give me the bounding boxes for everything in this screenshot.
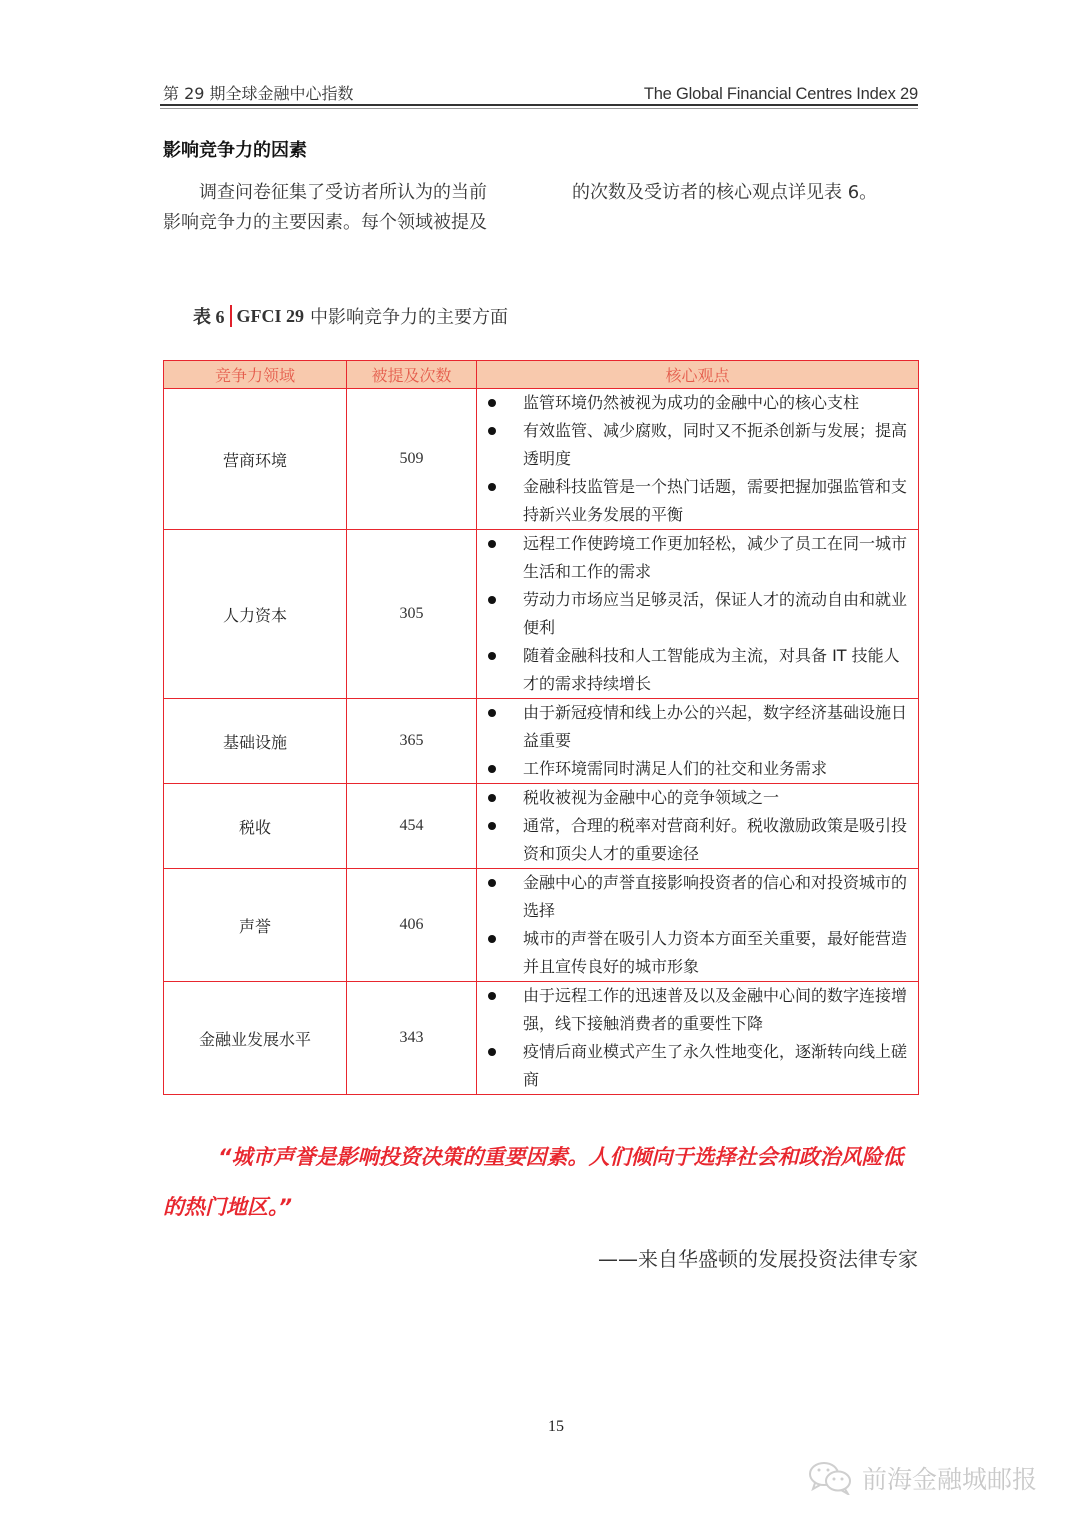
pull-quote: “城市声誉是影响投资决策的重要因素。人们倾向于选择社会和政治风险低 的热门地区。… bbox=[163, 1132, 923, 1232]
bullet-icon bbox=[488, 652, 496, 660]
wechat-icon bbox=[808, 1461, 854, 1495]
list-item: 由于新冠疫情和线上办公的兴起，数字经济基础设施日益重要 bbox=[477, 699, 910, 755]
list-item: 由于远程工作的迅速普及以及金融中心间的数字连接增强，线下接触消费者的重要性下降 bbox=[477, 982, 910, 1038]
points-cell: 金融中心的声誉直接影响投资者的信心和对投资城市的选择 城市的声誉在吸引人力资本方… bbox=[477, 869, 919, 982]
quote-line-2: 的热门地区。” bbox=[163, 1182, 923, 1232]
header-left-title: 第 29 期全球金融中心指数 bbox=[163, 81, 354, 104]
bullet-icon bbox=[488, 822, 496, 830]
list-item: 工作环境需同时满足人们的社交和业务需求 bbox=[477, 755, 910, 783]
bullet-icon bbox=[488, 765, 496, 773]
bullet-icon bbox=[488, 794, 496, 802]
bullet-icon bbox=[488, 935, 496, 943]
watermark: 前海金融城邮报 bbox=[808, 1460, 1037, 1496]
domain-cell: 税收 bbox=[164, 784, 347, 869]
list-item: 有效监管、减少腐败，同时又不扼杀创新与发展；提高透明度 bbox=[477, 417, 910, 473]
list-item: 金融中心的声誉直接影响投资者的信心和对投资城市的选择 bbox=[477, 869, 910, 925]
column-header-domain: 竞争力领域 bbox=[164, 361, 347, 389]
intro-paragraph-right: 的次数及受访者的核心观点详见表 6。 bbox=[572, 178, 932, 208]
header-rule-thin bbox=[160, 108, 918, 109]
count-cell: 509 bbox=[347, 389, 477, 530]
section-title: 影响竞争力的因素 bbox=[163, 136, 307, 162]
list-item: 远程工作使跨境工作更加轻松，减少了员工在同一城市生活和工作的需求 bbox=[477, 530, 910, 586]
points-cell: 由于新冠疫情和线上办公的兴起，数字经济基础设施日益重要 工作环境需同时满足人们的… bbox=[477, 699, 919, 784]
bullet-icon bbox=[488, 540, 496, 548]
domain-cell: 人力资本 bbox=[164, 530, 347, 699]
count-cell: 406 bbox=[347, 869, 477, 982]
header-right-title: The Global Financial Centres Index 29 bbox=[644, 85, 918, 104]
page-number: 15 bbox=[0, 1418, 1080, 1436]
quote-attribution: ——来自华盛顿的发展投资法律专家 bbox=[598, 1243, 918, 1272]
list-item: 通常，合理的税率对营商利好。税收激励政策是吸引投资和顶尖人才的重要途径 bbox=[477, 812, 910, 868]
intro-paragraph-left: 调查问卷征集了受访者所认为的当前 影响竞争力的主要因素。每个领域被提及 bbox=[163, 178, 523, 238]
domain-cell: 声誉 bbox=[164, 869, 347, 982]
list-item: 疫情后商业模式产生了永久性地变化，逐渐转向线上磋商 bbox=[477, 1038, 910, 1094]
bullet-icon bbox=[488, 427, 496, 435]
list-item: 监管环境仍然被视为成功的金融中心的核心支柱 bbox=[477, 389, 910, 417]
table-row: 金融业发展水平 343 由于远程工作的迅速普及以及金融中心间的数字连接增强，线下… bbox=[164, 982, 919, 1095]
list-item: 随着金融科技和人工智能成为主流，对具备 IT 技能人才的需求持续增长 bbox=[477, 642, 910, 698]
bullet-icon bbox=[488, 483, 496, 491]
bullet-icon bbox=[488, 399, 496, 407]
table-header-row: 竞争力领域 被提及次数 核心观点 bbox=[164, 361, 919, 389]
list-item: 劳动力市场应当足够灵活，保证人才的流动自由和就业便利 bbox=[477, 586, 910, 642]
watermark-text: 前海金融城邮报 bbox=[862, 1460, 1037, 1496]
table-caption-number: 表 6 bbox=[193, 303, 225, 329]
domain-cell: 基础设施 bbox=[164, 699, 347, 784]
list-item: 金融科技监管是一个热门话题，需要把握加强监管和支持新兴业务发展的平衡 bbox=[477, 473, 910, 529]
count-cell: 305 bbox=[347, 530, 477, 699]
bullet-icon bbox=[488, 992, 496, 1000]
table-caption: 表 6 GFCI 29 中影响竞争力的主要方面 bbox=[193, 303, 508, 329]
table-caption-gfci: GFCI 29 bbox=[237, 306, 305, 327]
caption-divider bbox=[230, 305, 232, 327]
table-row: 基础设施 365 由于新冠疫情和线上办公的兴起，数字经济基础设施日益重要 工作环… bbox=[164, 699, 919, 784]
intro-line-2: 影响竞争力的主要因素。每个领域被提及 bbox=[163, 208, 523, 238]
column-header-points: 核心观点 bbox=[477, 361, 919, 389]
list-item: 城市的声誉在吸引人力资本方面至关重要，最好能营造并且宣传良好的城市形象 bbox=[477, 925, 910, 981]
page-header: 第 29 期全球金融中心指数 The Global Financial Cent… bbox=[163, 80, 918, 104]
list-item: 税收被视为金融中心的竞争领域之一 bbox=[477, 784, 910, 812]
domain-cell: 营商环境 bbox=[164, 389, 347, 530]
header-rule bbox=[160, 104, 918, 106]
table-row: 税收 454 税收被视为金融中心的竞争领域之一 通常，合理的税率对营商利好。税收… bbox=[164, 784, 919, 869]
table-caption-text: 中影响竞争力的主要方面 bbox=[310, 303, 508, 329]
points-cell: 监管环境仍然被视为成功的金融中心的核心支柱 有效监管、减少腐败，同时又不扼杀创新… bbox=[477, 389, 919, 530]
domain-cell: 金融业发展水平 bbox=[164, 982, 347, 1095]
intro-line-1: 调查问卷征集了受访者所认为的当前 bbox=[163, 178, 523, 208]
bullet-icon bbox=[488, 709, 496, 717]
competitiveness-factors-table: 竞争力领域 被提及次数 核心观点 营商环境 509 监管环境仍然被视为成功的金融… bbox=[163, 360, 919, 1095]
bullet-icon bbox=[488, 1048, 496, 1056]
points-cell: 由于远程工作的迅速普及以及金融中心间的数字连接增强，线下接触消费者的重要性下降 … bbox=[477, 982, 919, 1095]
table-row: 声誉 406 金融中心的声誉直接影响投资者的信心和对投资城市的选择 城市的声誉在… bbox=[164, 869, 919, 982]
points-cell: 税收被视为金融中心的竞争领域之一 通常，合理的税率对营商利好。税收激励政策是吸引… bbox=[477, 784, 919, 869]
table-row: 人力资本 305 远程工作使跨境工作更加轻松，减少了员工在同一城市生活和工作的需… bbox=[164, 530, 919, 699]
column-header-count: 被提及次数 bbox=[347, 361, 477, 389]
points-cell: 远程工作使跨境工作更加轻松，减少了员工在同一城市生活和工作的需求 劳动力市场应当… bbox=[477, 530, 919, 699]
bullet-icon bbox=[488, 879, 496, 887]
count-cell: 365 bbox=[347, 699, 477, 784]
bullet-icon bbox=[488, 596, 496, 604]
count-cell: 343 bbox=[347, 982, 477, 1095]
table-row: 营商环境 509 监管环境仍然被视为成功的金融中心的核心支柱 有效监管、减少腐败… bbox=[164, 389, 919, 530]
count-cell: 454 bbox=[347, 784, 477, 869]
quote-line-1: “城市声誉是影响投资决策的重要因素。人们倾向于选择社会和政治风险低 bbox=[163, 1132, 923, 1182]
